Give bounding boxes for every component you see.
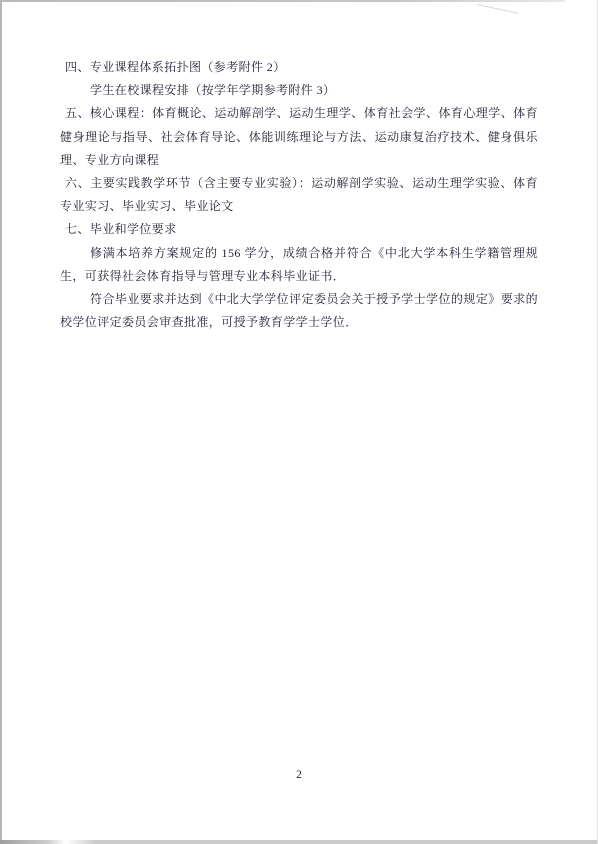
document-page-background: { "colors": { "page_background": "#fffff…: [0, 0, 598, 844]
text-line-item-5: 五、核心课程：体育概论、运动解剖学、运动生理学、体育社会学、体育心理学、体育科研…: [60, 102, 538, 125]
page-number: 2: [0, 769, 598, 781]
scan-scratch-mark: [477, 4, 518, 14]
text-line-item-6: 六、主要实践教学环节（含主要专业实验）：运动解剖学实验、运动生理学实验、体育保健…: [60, 172, 538, 195]
scan-edge-top: [0, 0, 565, 2]
text-line-para-2-start: 符合毕业要求并达到《中北大学学位评定委员会关于授予学士学位的规定》要求的学生，经…: [60, 288, 538, 311]
document-body-text: 四、专业课程体系拓扑图（参考附件 2） 学生在校课程安排（按学年学期参考附件 3…: [60, 56, 538, 334]
text-line-item-5-cont-2: 理、专业方向课程: [60, 149, 538, 172]
text-line-para-1-cont: 生，可获得社会体育指导与管理专业本科毕业证书．: [60, 265, 538, 288]
scan-edge-bottom: [0, 840, 598, 844]
text-line-item-4: 四、专业课程体系拓扑图（参考附件 2）: [60, 56, 538, 79]
document-page: 四、专业课程体系拓扑图（参考附件 2） 学生在校课程安排（按学年学期参考附件 3…: [0, 0, 598, 844]
text-line-item-7: 七、毕业和学位要求: [60, 218, 538, 241]
text-line-item-5-cont-1: 健身理论与指导、社会体育导论、体能训练理论与方法、运动康复治疗技术、健身俱乐部经…: [60, 126, 538, 149]
text-line-para-2-cont: 校学位评定委员会审查批准，可授予教育学学士学位．: [60, 311, 538, 334]
text-line-item-4-sub: 学生在校课程安排（按学年学期参考附件 3）: [60, 79, 538, 102]
text-line-para-1-start: 修满本培养方案规定的 156 学分，成绩合格并符合《中北大学本科生学籍管理规定》…: [60, 242, 538, 265]
scan-edge-left: [0, 0, 2, 844]
text-line-item-6-cont: 专业实习、毕业实习、毕业论文: [60, 195, 538, 218]
